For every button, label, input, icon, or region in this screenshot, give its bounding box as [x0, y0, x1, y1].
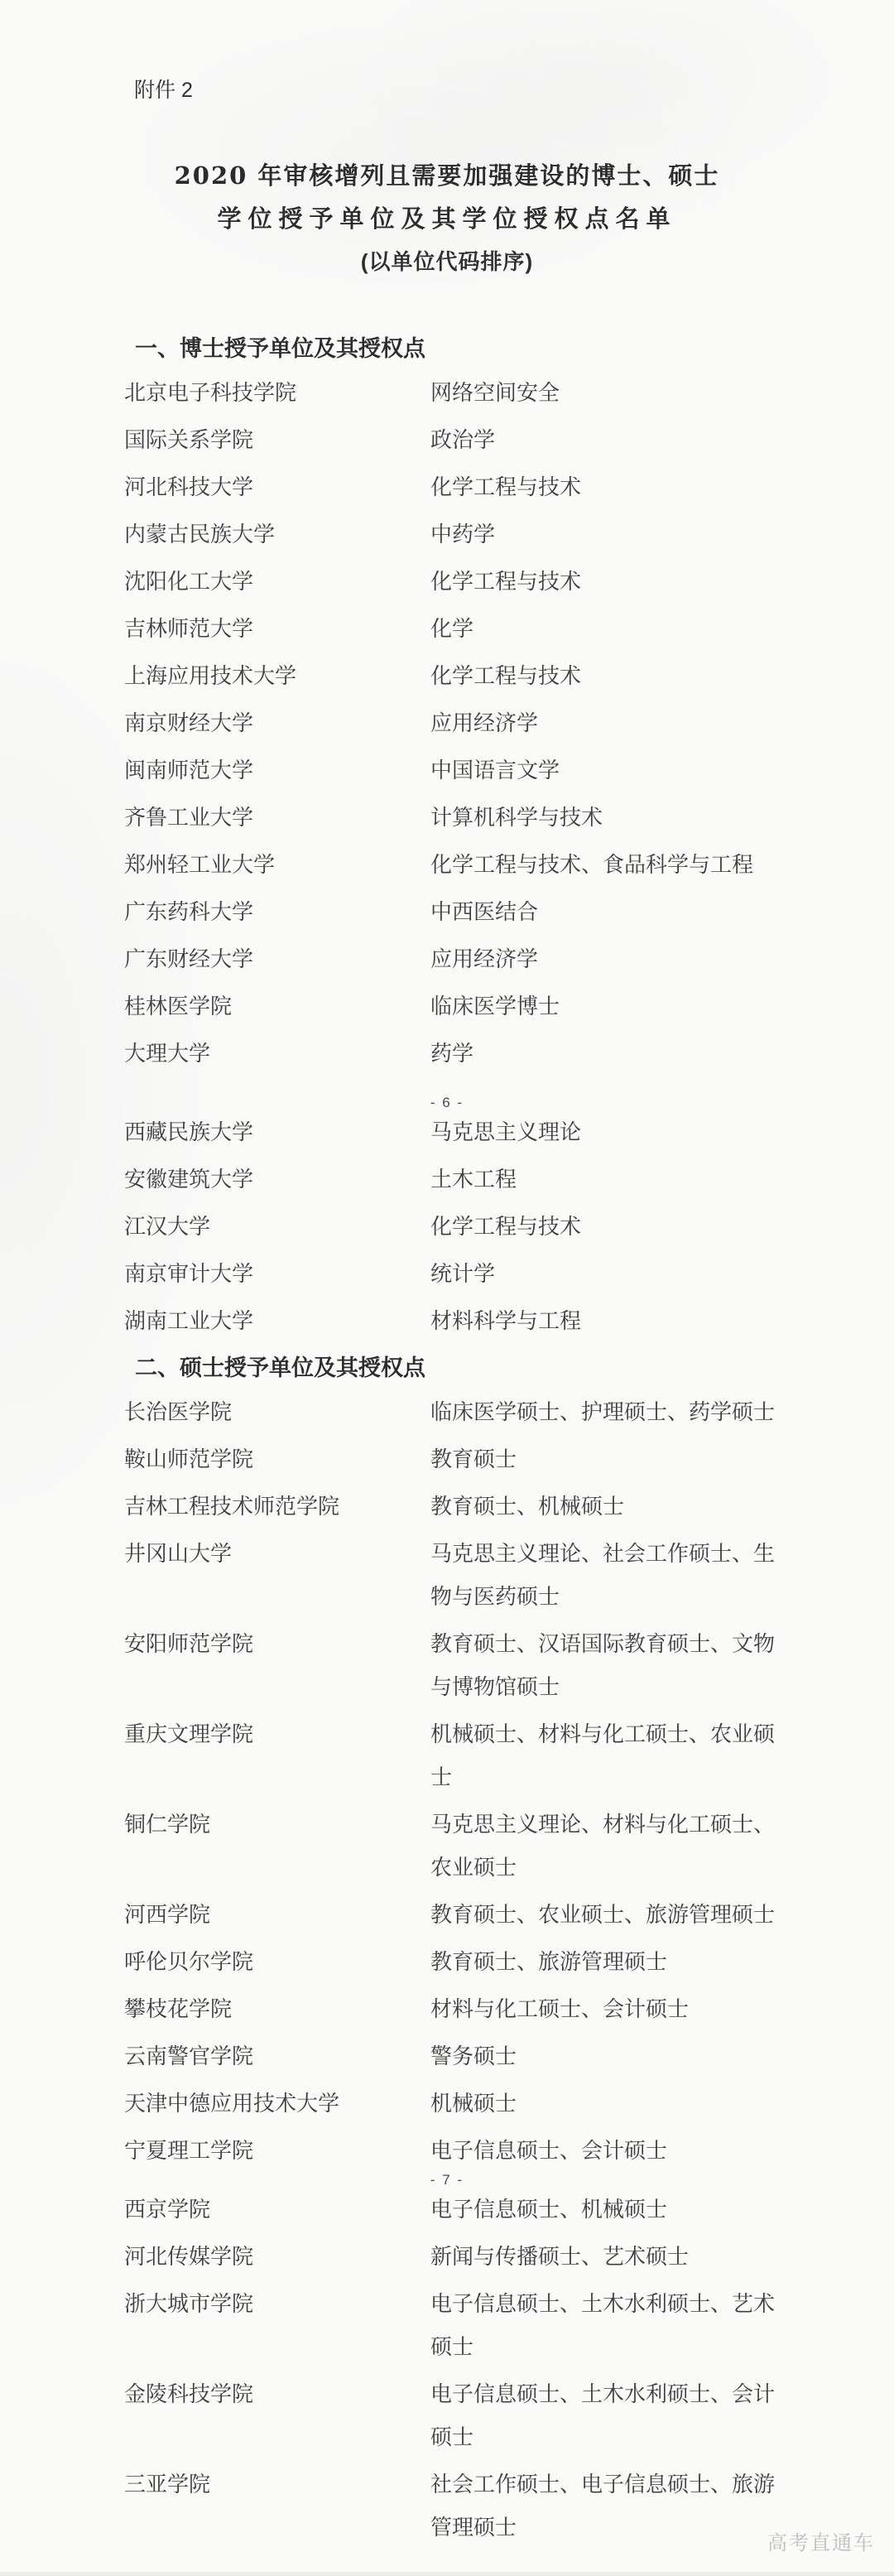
unit-name: 桂林医学院	[124, 985, 430, 1028]
table-row: 重庆文理学院机械硕士、材料与化工硕士、农业硕士	[124, 1712, 894, 1798]
unit-programs: 教育硕士、农业硕士、旅游管理硕士	[430, 1893, 781, 1936]
unit-name: 上海应用技术大学	[124, 654, 430, 697]
table-row: 鞍山师范学院教育硕士	[124, 1437, 894, 1481]
table-row: 沈阳化工大学化学工程与技术	[124, 560, 894, 603]
unit-name: 天津中德应用技术大学	[124, 2082, 430, 2125]
rows-list: 长治医学院临床医学硕士、护理硕士、药学硕士鞍山师范学院教育硕士吉林工程技术师范学…	[124, 1390, 894, 2549]
table-row: 桂林医学院临床医学博士	[124, 985, 894, 1028]
title-line-3: (以单位代码排序)	[0, 240, 894, 283]
table-row: 西藏民族大学马克思主义理论	[124, 1110, 894, 1153]
table-row: 井冈山大学马克思主义理论、社会工作硕士、生物与医药硕士	[124, 1532, 894, 1618]
unit-programs: 应用经济学	[430, 937, 781, 980]
unit-name: 铜仁学院	[124, 1803, 430, 1889]
table-row: 湖南工业大学材料科学与工程	[124, 1299, 894, 1342]
unit-name: 西京学院	[124, 2188, 430, 2231]
unit-name: 北京电子科技学院	[124, 371, 430, 414]
unit-programs: 马克思主义理论、材料与化工硕士、农业硕士	[430, 1803, 781, 1889]
table-row: 河西学院教育硕士、农业硕士、旅游管理硕士	[124, 1893, 894, 1936]
unit-programs: 教育硕士、旅游管理硕士	[430, 1940, 781, 1983]
unit-programs: 中国语言文学	[430, 749, 781, 792]
unit-programs: 化学工程与技术	[430, 654, 781, 697]
unit-name: 南京审计大学	[124, 1252, 430, 1295]
unit-programs: 计算机科学与技术	[430, 796, 781, 839]
unit-name: 鞍山师范学院	[124, 1437, 430, 1481]
unit-name: 江汉大学	[124, 1205, 430, 1248]
unit-name: 河北传媒学院	[124, 2235, 430, 2278]
table-row: 安阳师范学院教育硕士、汉语国际教育硕士、文物与博物馆硕士	[124, 1622, 894, 1708]
unit-programs: 社会工作硕士、电子信息硕士、旅游管理硕士	[430, 2463, 781, 2549]
page-number-marker: - 6 -	[124, 1079, 770, 1110]
sections-container: 一、博士授予单位及其授权点北京电子科技学院网络空间安全国际关系学院政治学河北科技…	[0, 336, 894, 2549]
unit-programs: 材料科学与工程	[430, 1299, 781, 1342]
unit-programs: 统计学	[430, 1252, 781, 1295]
table-row: 江汉大学化学工程与技术	[124, 1205, 894, 1248]
table-row: 云南警官学院警务硕士	[124, 2034, 894, 2078]
unit-name: 攀枝花学院	[124, 1987, 430, 2030]
unit-programs: 药学	[430, 1032, 781, 1075]
section-heading: 二、硕士授予单位及其授权点	[135, 1355, 894, 1380]
unit-programs: 应用经济学	[430, 701, 781, 744]
unit-programs: 化学工程与技术、食品科学与工程	[430, 843, 781, 886]
title-line-1: 2020 年审核增列且需要加强建设的博士、硕士	[0, 154, 894, 197]
table-row: 河北传媒学院新闻与传播硕士、艺术硕士	[124, 2235, 894, 2278]
attachment-label: 附件 2	[134, 78, 894, 103]
unit-programs: 化学工程与技术	[430, 1205, 781, 1248]
unit-name: 吉林师范大学	[124, 607, 430, 650]
document-title: 2020 年审核增列且需要加强建设的博士、硕士 学位授予单位及其学位授权点名单 …	[0, 154, 894, 283]
table-row: 吉林工程技术师范学院教育硕士、机械硕士	[124, 1485, 894, 1528]
unit-programs: 教育硕士、汉语国际教育硕士、文物与博物馆硕士	[430, 1622, 781, 1708]
unit-name: 齐鲁工业大学	[124, 796, 430, 839]
unit-programs: 材料与化工硕士、会计硕士	[430, 1987, 781, 2030]
unit-programs: 新闻与传播硕士、艺术硕士	[430, 2235, 781, 2278]
unit-name: 大理大学	[124, 1032, 430, 1075]
unit-programs: 马克思主义理论、社会工作硕士、生物与医药硕士	[430, 1532, 781, 1618]
table-row: 西京学院电子信息硕士、机械硕士	[124, 2188, 894, 2231]
table-row: 广东药科大学中西医结合	[124, 890, 894, 933]
unit-name: 西藏民族大学	[124, 1110, 430, 1153]
unit-programs: 电子信息硕士、土木水利硕士、会计硕士	[430, 2372, 781, 2458]
page-number-marker: - 7 -	[124, 2176, 770, 2188]
unit-name: 河北科技大学	[124, 465, 430, 508]
table-row: 南京审计大学统计学	[124, 1252, 894, 1295]
table-row: 大理大学药学	[124, 1032, 894, 1075]
table-row: 内蒙古民族大学中药学	[124, 513, 894, 556]
section: 一、博士授予单位及其授权点北京电子科技学院网络空间安全国际关系学院政治学河北科技…	[0, 336, 894, 1342]
unit-name: 闽南师范大学	[124, 749, 430, 792]
title-line-2: 学位授予单位及其学位授权点名单	[0, 197, 894, 240]
unit-name: 宁夏理工学院	[124, 2129, 430, 2172]
unit-programs: 机械硕士	[430, 2082, 781, 2125]
table-row: 闽南师范大学中国语言文学	[124, 749, 894, 792]
unit-programs: 化学	[430, 607, 781, 650]
unit-name: 广东药科大学	[124, 890, 430, 933]
table-row: 浙大城市学院电子信息硕士、土木水利硕士、艺术硕士	[124, 2282, 894, 2368]
table-row: 广东财经大学应用经济学	[124, 937, 894, 980]
unit-name: 沈阳化工大学	[124, 560, 430, 603]
unit-programs: 临床医学博士	[430, 985, 781, 1028]
unit-name: 国际关系学院	[124, 418, 430, 461]
table-row: 宁夏理工学院电子信息硕士、会计硕士	[124, 2129, 894, 2172]
unit-programs: 电子信息硕士、会计硕士	[430, 2129, 781, 2172]
unit-name: 井冈山大学	[124, 1532, 430, 1618]
unit-name: 河西学院	[124, 1893, 430, 1936]
unit-programs: 政治学	[430, 418, 781, 461]
unit-programs: 机械硕士、材料与化工硕士、农业硕士	[430, 1712, 781, 1798]
unit-programs: 马克思主义理论	[430, 1110, 781, 1153]
unit-programs: 电子信息硕士、土木水利硕士、艺术硕士	[430, 2282, 781, 2368]
table-row: 齐鲁工业大学计算机科学与技术	[124, 796, 894, 839]
unit-name: 呼伦贝尔学院	[124, 1940, 430, 1983]
table-row: 金陵科技学院电子信息硕士、土木水利硕士、会计硕士	[124, 2372, 894, 2458]
unit-name: 浙大城市学院	[124, 2282, 430, 2368]
unit-programs: 电子信息硕士、机械硕士	[430, 2188, 781, 2231]
unit-name: 金陵科技学院	[124, 2372, 430, 2458]
table-row: 河北科技大学化学工程与技术	[124, 465, 894, 508]
unit-name: 安徽建筑大学	[124, 1158, 430, 1201]
unit-name: 吉林工程技术师范学院	[124, 1485, 430, 1528]
table-row: 安徽建筑大学土木工程	[124, 1158, 894, 1201]
unit-programs: 教育硕士	[430, 1437, 781, 1481]
table-row: 长治医学院临床医学硕士、护理硕士、药学硕士	[124, 1390, 894, 1433]
section: 二、硕士授予单位及其授权点长治医学院临床医学硕士、护理硕士、药学硕士鞍山师范学院…	[0, 1355, 894, 2549]
document-page: 附件 2 2020 年审核增列且需要加强建设的博士、硕士 学位授予单位及其学位授…	[0, 0, 894, 2576]
unit-name: 云南警官学院	[124, 2034, 430, 2078]
section-heading: 一、博士授予单位及其授权点	[135, 336, 894, 361]
unit-name: 南京财经大学	[124, 701, 430, 744]
table-row: 吉林师范大学化学	[124, 607, 894, 650]
table-row: 南京财经大学应用经济学	[124, 701, 894, 744]
unit-programs: 土木工程	[430, 1158, 781, 1201]
table-row: 铜仁学院马克思主义理论、材料与化工硕士、农业硕士	[124, 1803, 894, 1889]
unit-programs: 中药学	[430, 513, 781, 556]
unit-programs: 警务硕士	[430, 2034, 781, 2078]
table-row: 北京电子科技学院网络空间安全	[124, 371, 894, 414]
unit-name: 湖南工业大学	[124, 1299, 430, 1342]
unit-name: 三亚学院	[124, 2463, 430, 2549]
table-row: 攀枝花学院材料与化工硕士、会计硕士	[124, 1987, 894, 2030]
unit-programs: 中西医结合	[430, 890, 781, 933]
unit-programs: 网络空间安全	[430, 371, 781, 414]
table-row: 呼伦贝尔学院教育硕士、旅游管理硕士	[124, 1940, 894, 1983]
unit-name: 重庆文理学院	[124, 1712, 430, 1798]
table-row: 天津中德应用技术大学机械硕士	[124, 2082, 894, 2125]
unit-name: 内蒙古民族大学	[124, 513, 430, 556]
table-row: 国际关系学院政治学	[124, 418, 894, 461]
watermark: 高考直通车	[767, 2533, 875, 2554]
unit-name: 郑州轻工业大学	[124, 843, 430, 886]
unit-name: 广东财经大学	[124, 937, 430, 980]
unit-programs: 化学工程与技术	[430, 465, 781, 508]
unit-name: 长治医学院	[124, 1390, 430, 1433]
unit-name: 安阳师范学院	[124, 1622, 430, 1708]
rows-list: 北京电子科技学院网络空间安全国际关系学院政治学河北科技大学化学工程与技术内蒙古民…	[124, 371, 894, 1342]
table-row: 上海应用技术大学化学工程与技术	[124, 654, 894, 697]
unit-programs: 临床医学硕士、护理硕士、药学硕士	[430, 1390, 781, 1433]
table-row: 郑州轻工业大学化学工程与技术、食品科学与工程	[124, 843, 894, 886]
unit-programs: 教育硕士、机械硕士	[430, 1485, 781, 1528]
unit-programs: 化学工程与技术	[430, 560, 781, 603]
